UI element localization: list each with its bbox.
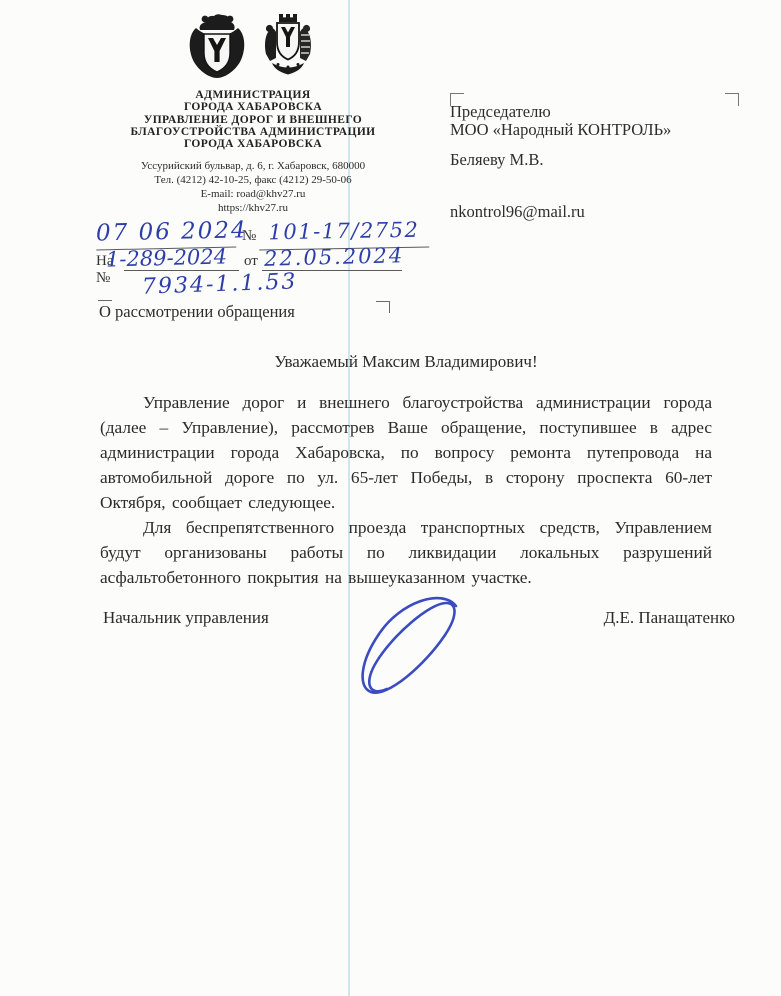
signer-position: Начальник управления — [103, 608, 269, 628]
org-line: ГОРОДА ХАБАРОВСКА — [100, 138, 406, 150]
from-label: от — [244, 253, 258, 270]
recipient-name: Беляеву М.В. — [450, 151, 740, 169]
org-email: E-mail: road@khv27.ru — [100, 187, 406, 201]
org-line: БЛАГОУСТРОЙСТВА АДМИНИСТРАЦИИ — [100, 126, 406, 138]
letterhead-emblems — [100, 12, 406, 79]
org-name-block: АДМИНИСТРАЦИЯ ГОРОДА ХАБАРОВСКА УПРАВЛЕН… — [100, 89, 406, 150]
recipient-block: Председателю МОО «Народный КОНТРОЛЬ» Бел… — [450, 103, 740, 220]
recipient-position: Председателю — [450, 103, 740, 121]
org-contact-block: Уссурийский бульвар, д. 6, г. Хабаровск,… — [100, 159, 406, 215]
recipient-organization: МОО «Народный КОНТРОЛЬ» — [450, 121, 740, 139]
scanned-letter-page: АДМИНИСТРАЦИЯ ГОРОДА ХАБАРОВСКА УПРАВЛЕН… — [0, 0, 781, 996]
letter-body: Управление дорог и внешнего благоустройс… — [100, 390, 712, 590]
reply-number-handwritten: 1-289-2024 — [106, 244, 228, 271]
org-line: ГОРОДА ХАБАРОВСКА — [100, 101, 406, 113]
letterhead: АДМИНИСТРАЦИЯ ГОРОДА ХАБАРОВСКА УПРАВЛЕН… — [100, 12, 406, 215]
body-paragraph: Управление дорог и внешнего благоустройс… — [100, 390, 712, 515]
handwritten-signature — [352, 590, 472, 705]
khabarovsk-city-coat-of-arms-icon — [255, 11, 321, 79]
org-line: УПРАВЛЕНИЕ ДОРОГ И ВНЕШНЕГО — [100, 114, 406, 126]
org-postal-address: Уссурийский бульвар, д. 6, г. Хабаровск,… — [100, 159, 406, 173]
body-paragraph: Для беспрепятственного проезда транспорт… — [100, 515, 712, 590]
case-number-handwritten: 7934-1.1.53 — [142, 269, 298, 299]
subject-line: О рассмотрении обращения — [99, 302, 295, 322]
reply-date-handwritten: 22.05.2024 — [264, 243, 405, 271]
corner-mark — [376, 301, 390, 313]
org-line: АДМИНИСТРАЦИЯ — [100, 89, 406, 101]
signer-name: Д.Е. Панащатенко — [604, 608, 735, 628]
org-website: https://khv27.ru — [100, 201, 406, 215]
salutation: Уважаемый Максим Владимирович! — [100, 352, 712, 372]
recipient-email: nkontrol96@mail.ru — [450, 203, 740, 221]
khabarovsk-krai-bear-emblem-icon — [186, 13, 248, 79]
org-phone-fax: Тел. (4212) 42-10-25, факс (4212) 29-50-… — [100, 173, 406, 187]
number-sign-label: № — [242, 228, 256, 245]
